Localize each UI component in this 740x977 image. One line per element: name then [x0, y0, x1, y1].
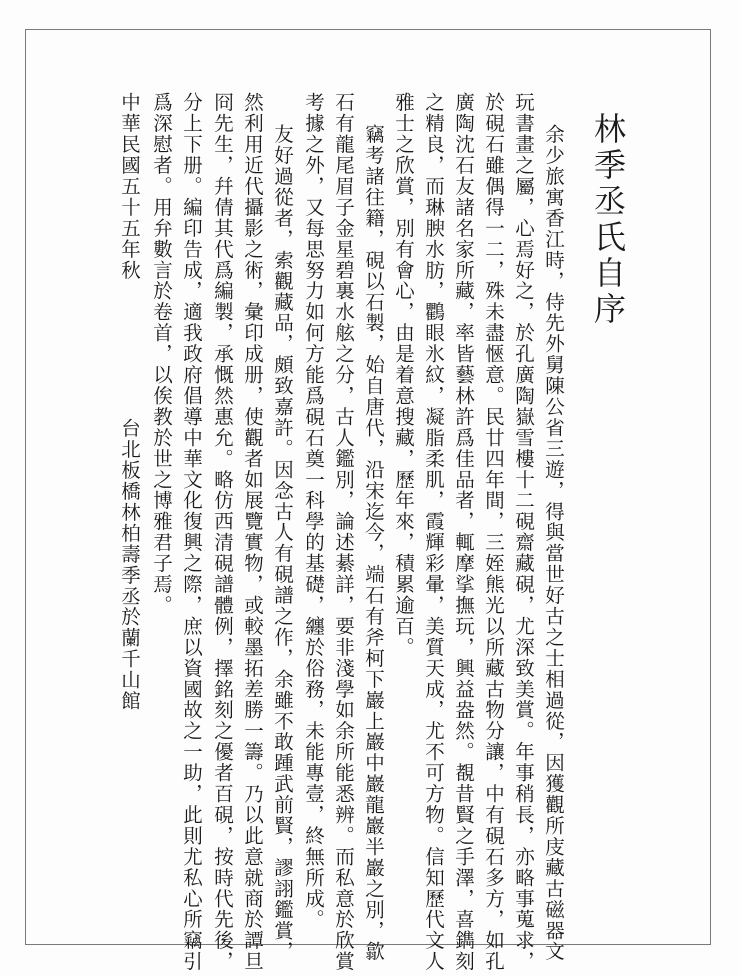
text-column-13: 分上下册。編印告成，適我政府倡導中華文化復興之際，庶以資國故之一助，此則尤私心所…	[179, 92, 203, 972]
text-column-14: 爲深慰者。用弁數言於卷首，以俟教於世之博雅君子焉。	[149, 92, 173, 616]
text-column-8: 石有龍尾眉子金星碧裏水舷之分，古人鑑別，論述綦詳，要非淺學如余所能悉辨。而私意於…	[331, 92, 355, 972]
text-column-3: 於硯石雖偶得一二，殊未盡愜意。民廿四年間，三姪熊光以所藏古物分讓，中有硯石多方，…	[481, 92, 505, 972]
text-column-10: 友好過從者，索觀藏品，頗致嘉許。因念古人有硯譜之作，余雖不敢踵武前賢，謬詡鑑賞，	[270, 124, 294, 962]
text-column-12: 冏先生，幷倩其代爲編製，承慨然惠允。略仿西清硯譜體例，擇銘刻之優者百硯，按時代先…	[210, 92, 234, 972]
text-column-2: 玩書畫之屬，心焉好之，於孔廣陶嶽雪樓十二硯齋藏硯，尤深致美賞。年事稍長，亦略事蒐…	[511, 92, 535, 972]
text-column-9: 考據之外，又每思努力如何方能爲硯石奠一科學的基礎，纏於俗務，未能專壹，終無所成。	[301, 92, 325, 930]
document-title: 林季丞氏自序	[590, 112, 626, 328]
text-column-4: 廣陶沈石友諸名家所藏，率皆藝林許爲佳品者，輒摩挲撫玩，興益盎然。覩昔賢之手澤，喜…	[451, 92, 475, 972]
text-column-1: 余少旅寓香江時，侍先外舅陳公省三遊，得與當世好古之士相過從，因獲觀所庋藏古磁器文	[541, 124, 565, 962]
signature-line: 台北板橋林柏壽季丞於蘭千山館	[117, 418, 141, 711]
text-column-11: 然利用近代攝影之術，彙印成册，使觀者如展覽實物，或較墨拓差勝一籌。乃以此意就商於…	[240, 92, 264, 972]
text-column-7: 竊考諸往籍，硯以石製，始自唐代，沿宋迄今，端石有斧柯下巖上巖中巖龍巖半巖之別，歙	[361, 124, 385, 962]
date-line: 中華民國五十五年秋	[117, 92, 141, 281]
text-column-6: 雅士之欣賞，別有會心，由是着意搜藏，歷年來，積累逾百。	[391, 92, 415, 658]
text-column-5: 之精良，而琳腴水肪，鸜眼氷紋，凝脂柔肌，霞輝彩暈，美質天成，尤不可方物。信知歷代…	[421, 92, 445, 972]
